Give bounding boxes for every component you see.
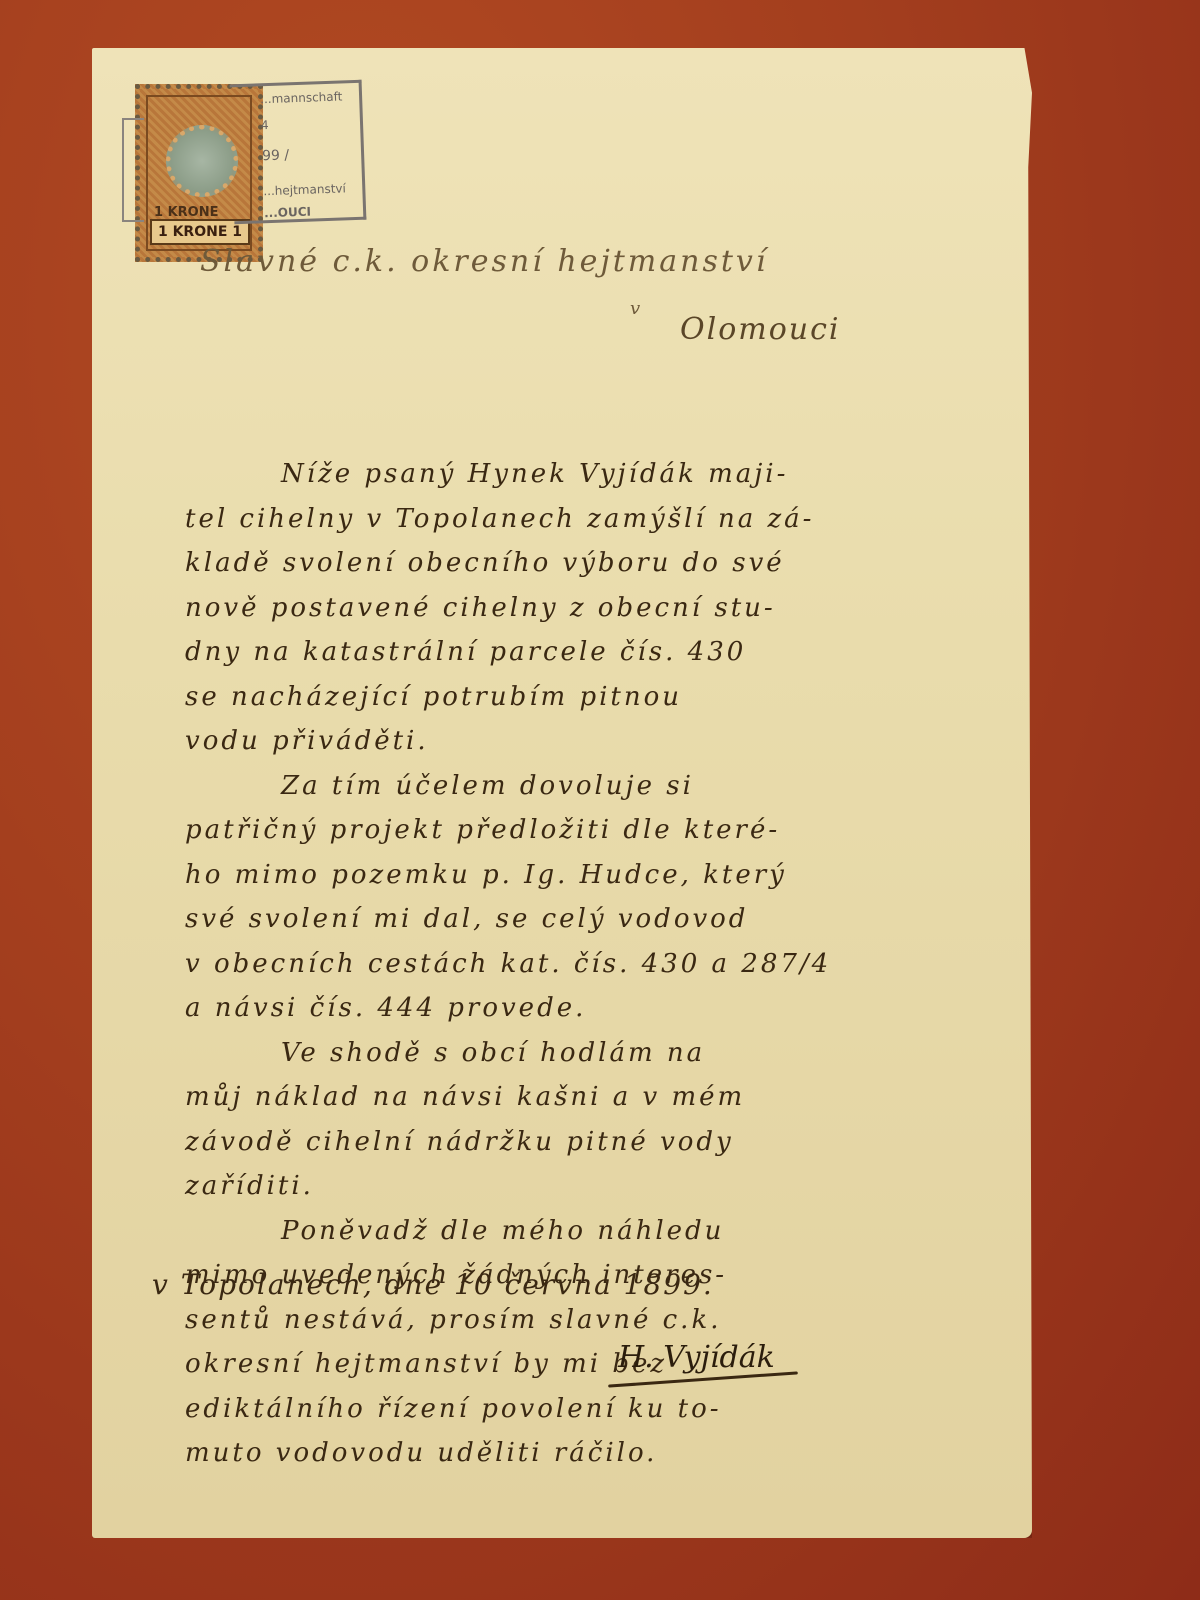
place-date: v Topolanech, dne 10 června 1899.: [152, 1268, 714, 1301]
body-line: sentů nestává, prosím slavné c.k.: [185, 1298, 925, 1343]
body-line: Ve shodě s obcí hodlám na: [185, 1031, 925, 1076]
body-line: patřičný projekt předložiti dle které-: [185, 808, 925, 853]
office-stamp: ...mannschaft 4 99 / ...hejtmanství ...O…: [230, 80, 367, 225]
office-stamp-line: 4: [261, 118, 269, 132]
addressee-preposition: v: [630, 298, 642, 319]
addressee-line-2: Olomouci: [680, 312, 840, 347]
office-stamp-line: ...OUCI: [264, 205, 311, 221]
body-line: v obecních cestách kat. čís. 430 a 287/4: [185, 942, 925, 987]
addressee-line-1: Slavné c.k. okresní hejtmanství: [200, 244, 768, 279]
body-line: Níže psaný Hynek Vyjídák maji-: [185, 452, 925, 497]
body-line: okresní hejtmanství by mi bez: [185, 1342, 925, 1387]
body-line: závodě cihelní nádržku pitné vody: [185, 1120, 925, 1165]
emperor-portrait-medallion-icon: [166, 125, 238, 197]
office-stamp-left-edge: [122, 118, 144, 222]
signature: H. Vyjídák: [618, 1340, 775, 1375]
body-line: své svolení mi dal, se celý vodovod: [185, 897, 925, 942]
body-line: kladě svolení obecního výboru do své: [185, 541, 925, 586]
letter-body: Níže psaný Hynek Vyjídák maji-tel ciheln…: [185, 452, 925, 1476]
body-line: zaříditi.: [185, 1164, 925, 1209]
body-line: vodu přiváděti.: [185, 719, 925, 764]
office-stamp-line: 99 /: [262, 147, 290, 164]
office-stamp-line: ...hejtmanství: [263, 181, 346, 198]
body-line: a návsi čís. 444 provede.: [185, 986, 925, 1031]
body-line: ho mimo pozemku p. Ig. Hudce, který: [185, 853, 925, 898]
body-line: nově postavené cihelny z obecní stu-: [185, 586, 925, 631]
revenue-stamp-denomination: 1 KRONE: [154, 205, 218, 220]
body-line: dny na katastrální parcele čís. 430: [185, 630, 925, 675]
office-stamp-line: ...mannschaft: [260, 89, 343, 106]
body-line: tel cihelny v Topolanech zamýšlí na zá-: [185, 497, 925, 542]
body-line: Poněvadž dle mého náhledu: [185, 1209, 925, 1254]
body-line: muto vodovodu uděliti ráčilo.: [185, 1431, 925, 1476]
body-line: se nacházející potrubím pitnou: [185, 675, 925, 720]
body-line: můj náklad na návsi kašni a v mém: [185, 1075, 925, 1120]
body-line: ediktálního řízení povolení ku to-: [185, 1387, 925, 1432]
body-line: Za tím účelem dovoluje si: [185, 764, 925, 809]
